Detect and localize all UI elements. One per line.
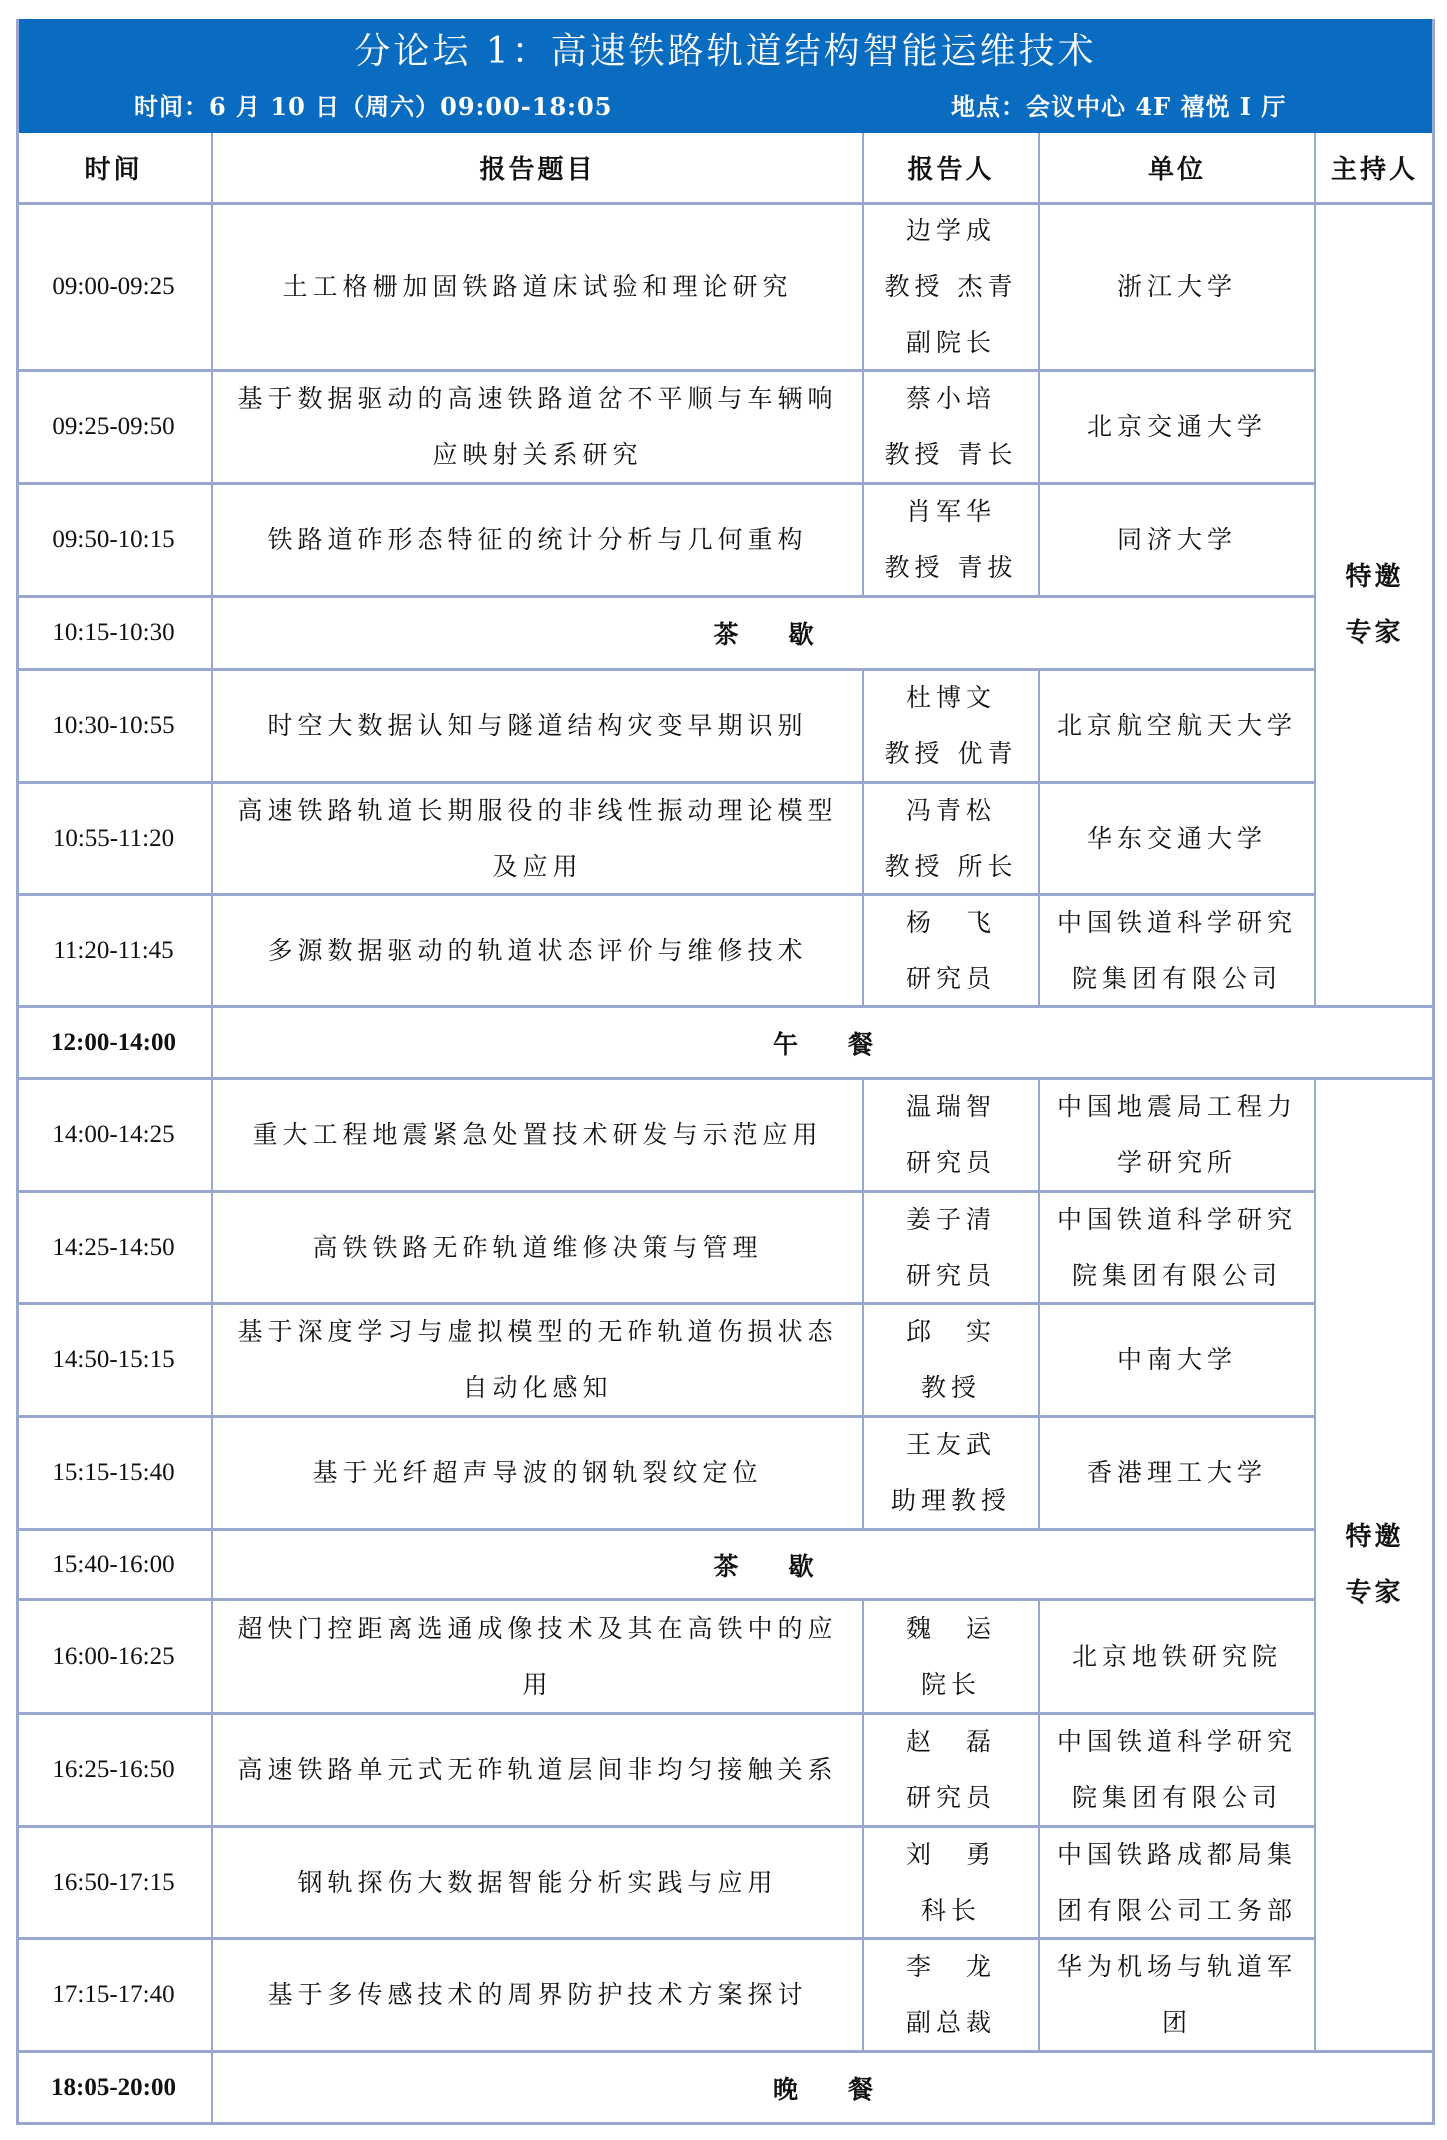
- time-slot: 16:00-16:25: [52, 1643, 174, 1671]
- talk-title: 多源数据驱动的轨道状态评价与维修技术: [267, 923, 807, 979]
- time-cell: 09:50-10:15: [16, 485, 213, 598]
- unit-line: 中南大学: [1117, 1332, 1237, 1388]
- speaker-cell: 温瑞智研究员: [864, 1080, 1040, 1193]
- talk-title-cell: 土工格栅加固铁路道床试验和理论研究: [213, 205, 864, 372]
- unit-line: 院集团有限公司: [1072, 951, 1282, 1007]
- speaker-line: 研究员: [906, 1135, 996, 1191]
- talk-title-cell: 高铁铁路无砟轨道维修决策与管理: [213, 1193, 864, 1305]
- header-label: 报告题目: [479, 149, 595, 186]
- time-slot: 09:00-09:25: [52, 273, 174, 301]
- unit-line: 中国铁道科学研究: [1057, 895, 1297, 951]
- speaker-line: 冯青松: [906, 783, 996, 839]
- header-speaker: 报告人: [864, 133, 1040, 205]
- speaker-line: 教授 所长: [885, 839, 1018, 895]
- talk-title: 时空大数据认知与隧道结构灾变早期识别: [267, 698, 807, 754]
- host-label: 专家: [1345, 605, 1403, 661]
- host-label: 特邀: [1345, 1509, 1403, 1565]
- meal-cell: 午 餐: [213, 1008, 1435, 1080]
- header-label: 单位: [1148, 149, 1206, 186]
- talk-title-cell: 基于数据驱动的高速铁路道岔不平顺与车辆响应映射关系研究: [213, 372, 864, 485]
- time-slot: 14:50-15:15: [52, 1346, 174, 1374]
- unit-line: 中国地震局工程力: [1057, 1079, 1297, 1135]
- time-slot: 10:15-10:30: [52, 619, 174, 647]
- speaker-line: 姜子清: [906, 1192, 996, 1248]
- speaker-line: 赵 磊: [906, 1714, 996, 1770]
- unit-line: 香港理工大学: [1087, 1445, 1267, 1501]
- speaker-line: 杨 飞: [906, 895, 996, 951]
- unit-cell: 中国铁道科学研究院集团有限公司: [1040, 1193, 1316, 1305]
- time-cell: 14:25-14:50: [16, 1193, 213, 1305]
- talk-title: 基于数据驱动的高速铁路道岔不平顺与车辆响应映射关系研究: [231, 371, 844, 483]
- time-slot: 14:25-14:50: [52, 1234, 174, 1262]
- speaker-line: 魏 运: [906, 1601, 996, 1657]
- speaker-cell: 肖军华教授 青拔: [864, 485, 1040, 598]
- unit-line: 华为机场与轨道军: [1057, 1939, 1297, 1995]
- speaker-cell: 王友武助理教授: [864, 1418, 1040, 1531]
- header-host: 主持人: [1316, 133, 1435, 205]
- host-label: 专家: [1345, 1565, 1403, 1621]
- speaker-line: 边学成: [906, 203, 996, 259]
- talk-title-cell: 高速铁路单元式无砟轨道层间非均匀接触关系: [213, 1715, 864, 1828]
- unit-cell: 同济大学: [1040, 485, 1316, 598]
- tea-break-cell: 茶 歇: [213, 598, 1316, 671]
- unit-cell: 中国地震局工程力学研究所: [1040, 1080, 1316, 1193]
- unit-cell: 北京航空航天大学: [1040, 671, 1316, 784]
- talk-title: 土工格栅加固铁路道床试验和理论研究: [282, 259, 792, 315]
- unit-cell: 中国铁路成都局集团有限公司工务部: [1040, 1828, 1316, 1940]
- time-slot: 16:50-17:15: [52, 1869, 174, 1897]
- unit-line: 中国铁路成都局集: [1057, 1827, 1297, 1883]
- talk-title: 基于光纤超声导波的钢轨裂纹定位: [312, 1445, 762, 1501]
- speaker-line: 研究员: [906, 951, 996, 1007]
- speaker-line: 研究员: [906, 1248, 996, 1304]
- speaker-cell: 冯青松教授 所长: [864, 784, 1040, 896]
- time-cell: 10:15-10:30: [16, 598, 213, 671]
- talk-title-cell: 高速铁路轨道长期服役的非线性振动理论模型及应用: [213, 784, 864, 896]
- talk-title-cell: 重大工程地震紧急处置技术研发与示范应用: [213, 1080, 864, 1193]
- talk-title: 基于深度学习与虚拟模型的无砟轨道伤损状态自动化感知: [231, 1304, 844, 1416]
- time-slot: 16:25-16:50: [52, 1756, 174, 1784]
- time-slot: 18:05-20:00: [51, 2074, 176, 2102]
- header-title: 报告题目: [213, 133, 864, 205]
- unit-line: 北京地铁研究院: [1072, 1629, 1282, 1685]
- time-slot: 12:00-14:00: [51, 1029, 176, 1057]
- speaker-cell: 蔡小培教授 青长: [864, 372, 1040, 485]
- talk-title-cell: 多源数据驱动的轨道状态评价与维修技术: [213, 896, 864, 1008]
- header-label: 主持人: [1331, 149, 1418, 186]
- time-cell: 14:00-14:25: [16, 1080, 213, 1193]
- speaker-cell: 杜博文教授 优青: [864, 671, 1040, 784]
- unit-cell: 北京交通大学: [1040, 372, 1316, 485]
- time-slot: 15:40-16:00: [52, 1551, 174, 1579]
- speaker-line: 教授 青拔: [885, 540, 1018, 596]
- meal-cell: 晚 餐: [213, 2053, 1435, 2125]
- time-cell: 14:50-15:15: [16, 1305, 213, 1418]
- unit-cell: 中南大学: [1040, 1305, 1316, 1418]
- talk-title-cell: 超快门控距离选通成像技术及其在高铁中的应用: [213, 1601, 864, 1715]
- speaker-cell: 边学成教授 杰青副院长: [864, 205, 1040, 372]
- unit-line: 华东交通大学: [1087, 811, 1267, 867]
- time-slot: 15:15-15:40: [52, 1459, 174, 1487]
- unit-line: 团: [1162, 1995, 1192, 2051]
- tea-break-cell: 茶 歇: [213, 1531, 1316, 1601]
- time-cell: 17:15-17:40: [16, 1940, 213, 2053]
- unit-line: 北京交通大学: [1087, 399, 1267, 455]
- time-cell: 09:00-09:25: [16, 205, 213, 372]
- time-slot: 10:55-11:20: [53, 825, 174, 853]
- unit-line: 院集团有限公司: [1072, 1248, 1282, 1304]
- talk-title: 高速铁路单元式无砟轨道层间非均匀接触关系: [237, 1742, 837, 1798]
- meal-label: 午 餐: [773, 1025, 873, 1061]
- speaker-cell: 刘 勇科长: [864, 1828, 1040, 1940]
- speaker-line: 刘 勇: [906, 1827, 996, 1883]
- unit-line: 同济大学: [1117, 512, 1237, 568]
- unit-cell: 浙江大学: [1040, 205, 1316, 372]
- forum-location: 地点：会议中心 4F 禧悦 I 厅: [951, 89, 1286, 125]
- tea-break-label: 茶 歇: [713, 615, 813, 651]
- time-cell: 10:55-11:20: [16, 784, 213, 896]
- speaker-line: 王友武: [906, 1417, 996, 1473]
- time-cell: 15:15-15:40: [16, 1418, 213, 1531]
- speaker-cell: 杨 飞研究员: [864, 896, 1040, 1008]
- speaker-line: 研究员: [906, 1770, 996, 1826]
- time-cell: 11:20-11:45: [16, 896, 213, 1008]
- host-cell: 特邀专家: [1316, 205, 1435, 1008]
- speaker-cell: 邱 实教授: [864, 1305, 1040, 1418]
- time-cell: 09:25-09:50: [16, 372, 213, 485]
- speaker-line: 科长: [921, 1883, 981, 1939]
- header-time: 时间: [16, 133, 213, 205]
- unit-line: 学研究所: [1117, 1135, 1237, 1191]
- speaker-line: 温瑞智: [906, 1079, 996, 1135]
- speaker-cell: 魏 运院长: [864, 1601, 1040, 1715]
- speaker-line: 肖军华: [906, 484, 996, 540]
- unit-line: 中国铁道科学研究: [1057, 1714, 1297, 1770]
- talk-title-cell: 钢轨探伤大数据智能分析实践与应用: [213, 1828, 864, 1940]
- unit-line: 团有限公司工务部: [1057, 1883, 1297, 1939]
- host-cell: 特邀专家: [1316, 1080, 1435, 2053]
- forum-banner: 分论坛 1：高速铁路轨道结构智能运维技术 时间：6 月 10 日（周六）09:0…: [16, 19, 1435, 133]
- talk-title-cell: 基于多传感技术的周界防护技术方案探讨: [213, 1940, 864, 2053]
- talk-title: 基于多传感技术的周界防护技术方案探讨: [267, 1967, 807, 2023]
- header-label: 时间: [84, 149, 142, 186]
- header-unit: 单位: [1040, 133, 1316, 205]
- speaker-line: 李 龙: [906, 1939, 996, 1995]
- talk-title-cell: 时空大数据认知与隧道结构灾变早期识别: [213, 671, 864, 784]
- unit-line: 北京航空航天大学: [1057, 698, 1297, 754]
- time-cell: 16:50-17:15: [16, 1828, 213, 1940]
- talk-title-cell: 基于光纤超声导波的钢轨裂纹定位: [213, 1418, 864, 1531]
- talk-title: 铁路道砟形态特征的统计分析与几何重构: [267, 512, 807, 568]
- speaker-cell: 李 龙副总裁: [864, 1940, 1040, 2053]
- time-cell: 16:25-16:50: [16, 1715, 213, 1828]
- time-cell: 15:40-16:00: [16, 1531, 213, 1601]
- talk-title: 高铁铁路无砟轨道维修决策与管理: [312, 1220, 762, 1276]
- host-label: 特邀: [1345, 549, 1403, 605]
- talk-title: 钢轨探伤大数据智能分析实践与应用: [297, 1855, 777, 1911]
- time-slot: 14:00-14:25: [52, 1121, 174, 1149]
- speaker-line: 院长: [921, 1657, 981, 1713]
- talk-title-cell: 基于深度学习与虚拟模型的无砟轨道伤损状态自动化感知: [213, 1305, 864, 1418]
- unit-line: 院集团有限公司: [1072, 1770, 1282, 1826]
- time-slot: 11:20-11:45: [53, 937, 173, 965]
- speaker-line: 教授 优青: [885, 726, 1018, 782]
- speaker-line: 副总裁: [906, 1995, 996, 2051]
- time-cell: 10:30-10:55: [16, 671, 213, 784]
- forum-time: 时间：6 月 10 日（周六）09:00-18:05: [134, 89, 612, 125]
- speaker-cell: 姜子清研究员: [864, 1193, 1040, 1305]
- speaker-cell: 赵 磊研究员: [864, 1715, 1040, 1828]
- speaker-line: 杜博文: [906, 670, 996, 726]
- speaker-line: 教授 杰青: [885, 259, 1018, 315]
- unit-cell: 香港理工大学: [1040, 1418, 1316, 1531]
- time-cell: 18:05-20:00: [16, 2053, 213, 2125]
- meal-label: 晚 餐: [773, 2070, 873, 2106]
- unit-line: 中国铁道科学研究: [1057, 1192, 1297, 1248]
- speaker-line: 教授: [921, 1360, 981, 1416]
- forum-title: 分论坛 1：高速铁路轨道结构智能运维技术: [16, 27, 1435, 77]
- unit-cell: 北京地铁研究院: [1040, 1601, 1316, 1715]
- talk-title-cell: 铁路道砟形态特征的统计分析与几何重构: [213, 485, 864, 598]
- speaker-line: 副院长: [906, 315, 996, 371]
- speaker-line: 蔡小培: [906, 371, 996, 427]
- speaker-line: 教授 青长: [885, 427, 1018, 483]
- time-slot: 09:50-10:15: [52, 526, 174, 554]
- time-cell: 12:00-14:00: [16, 1008, 213, 1080]
- time-cell: 16:00-16:25: [16, 1601, 213, 1715]
- unit-cell: 中国铁道科学研究院集团有限公司: [1040, 1715, 1316, 1828]
- speaker-line: 邱 实: [906, 1304, 996, 1360]
- unit-cell: 华东交通大学: [1040, 784, 1316, 896]
- speaker-line: 助理教授: [891, 1473, 1011, 1529]
- unit-cell: 中国铁道科学研究院集团有限公司: [1040, 896, 1316, 1008]
- header-label: 报告人: [907, 149, 994, 186]
- unit-cell: 华为机场与轨道军团: [1040, 1940, 1316, 2053]
- time-slot: 10:30-10:55: [52, 712, 174, 740]
- tea-break-label: 茶 歇: [713, 1547, 813, 1583]
- talk-title: 重大工程地震紧急处置技术研发与示范应用: [252, 1107, 822, 1163]
- talk-title: 超快门控距离选通成像技术及其在高铁中的应用: [231, 1601, 844, 1713]
- time-slot: 17:15-17:40: [52, 1981, 174, 2009]
- talk-title: 高速铁路轨道长期服役的非线性振动理论模型及应用: [231, 783, 844, 895]
- time-slot: 09:25-09:50: [52, 413, 174, 441]
- unit-line: 浙江大学: [1117, 259, 1237, 315]
